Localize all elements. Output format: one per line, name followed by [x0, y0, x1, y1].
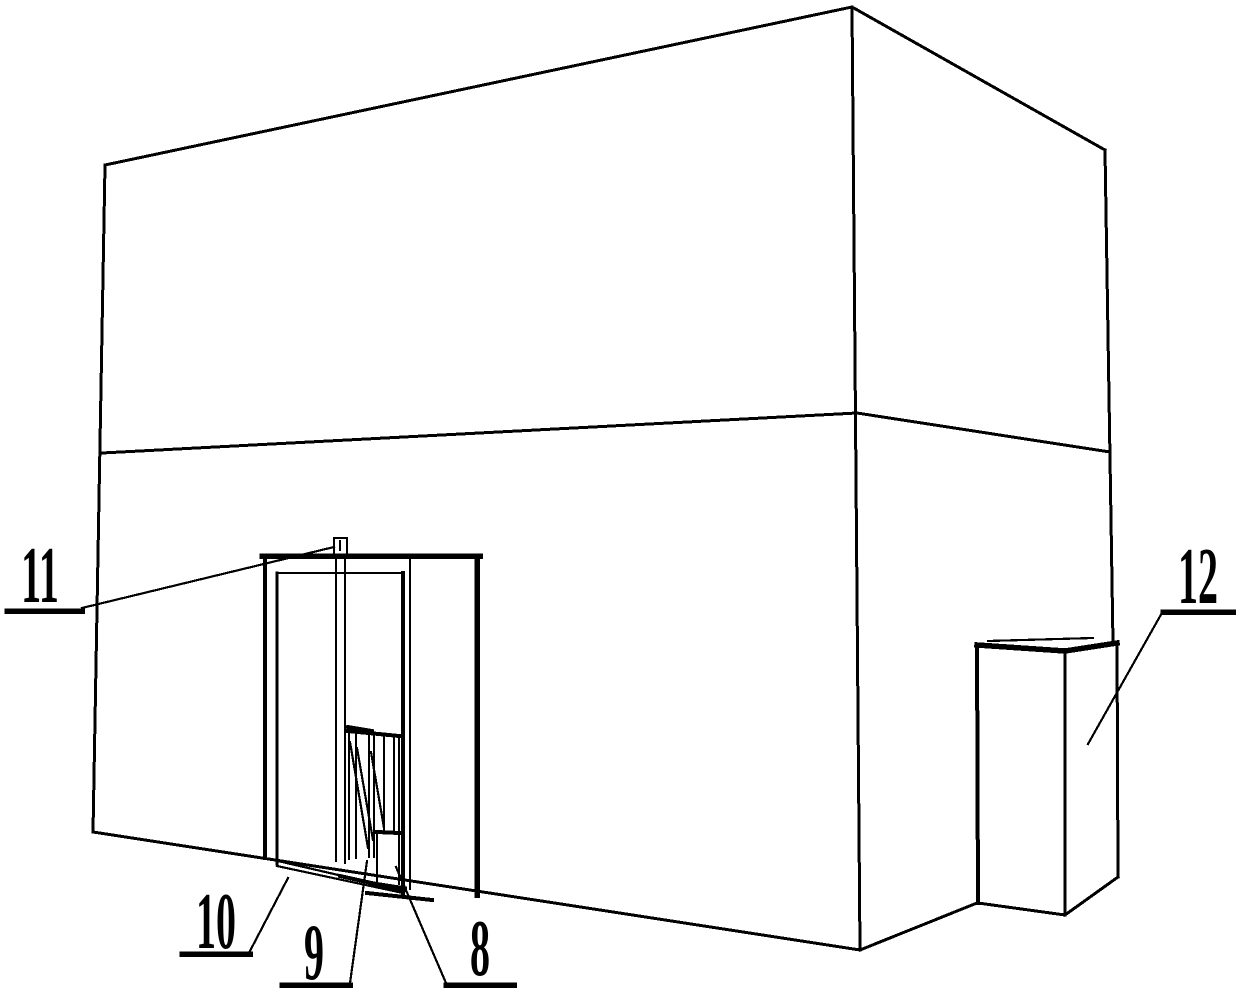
front-corner-edge: [852, 7, 860, 950]
part8-block: [372, 832, 404, 889]
leader-line-12: [1088, 611, 1163, 744]
side-box-bottom-front: [978, 903, 1065, 915]
right-edge: [1105, 150, 1113, 643]
patent-figure: 11 12 10 9 8: [0, 0, 1240, 998]
side-box-bottom-right: [1065, 877, 1118, 915]
leader-line-10: [250, 878, 288, 951]
side-box-front-left-edge: [977, 645, 978, 903]
side-box-top-edges: [977, 643, 1117, 651]
sill-bold-line-2: [367, 893, 432, 900]
label-underlines: [7, 611, 1233, 985]
part-label-10: 10: [196, 877, 236, 966]
roof-edges: [105, 7, 1105, 165]
left-edge: [93, 165, 105, 832]
drawing-ink-group: [7, 7, 1233, 985]
leader-lines: [82, 547, 1163, 983]
leader-line-11: [82, 547, 334, 608]
part-labels: 11 12 10 9 8: [21, 531, 1218, 997]
inner-mechanism: [348, 727, 399, 859]
part-label-11: 11: [21, 531, 59, 620]
mid-seam-line: [102, 413, 1110, 453]
side-box-right-edge: [1117, 643, 1118, 877]
side-box-top-inner-line: [988, 638, 1093, 641]
part-label-9: 9: [304, 908, 324, 997]
part-label-8: 8: [470, 904, 490, 993]
part-label-12: 12: [1178, 532, 1218, 621]
door-assembly: [262, 538, 480, 900]
building-outline: [93, 7, 1113, 950]
part8-top: [377, 832, 399, 833]
figure-canvas: 11 12 10 9 8: [0, 0, 1240, 998]
bottom-right-face-edge: [860, 903, 977, 950]
side-box: [977, 638, 1118, 915]
